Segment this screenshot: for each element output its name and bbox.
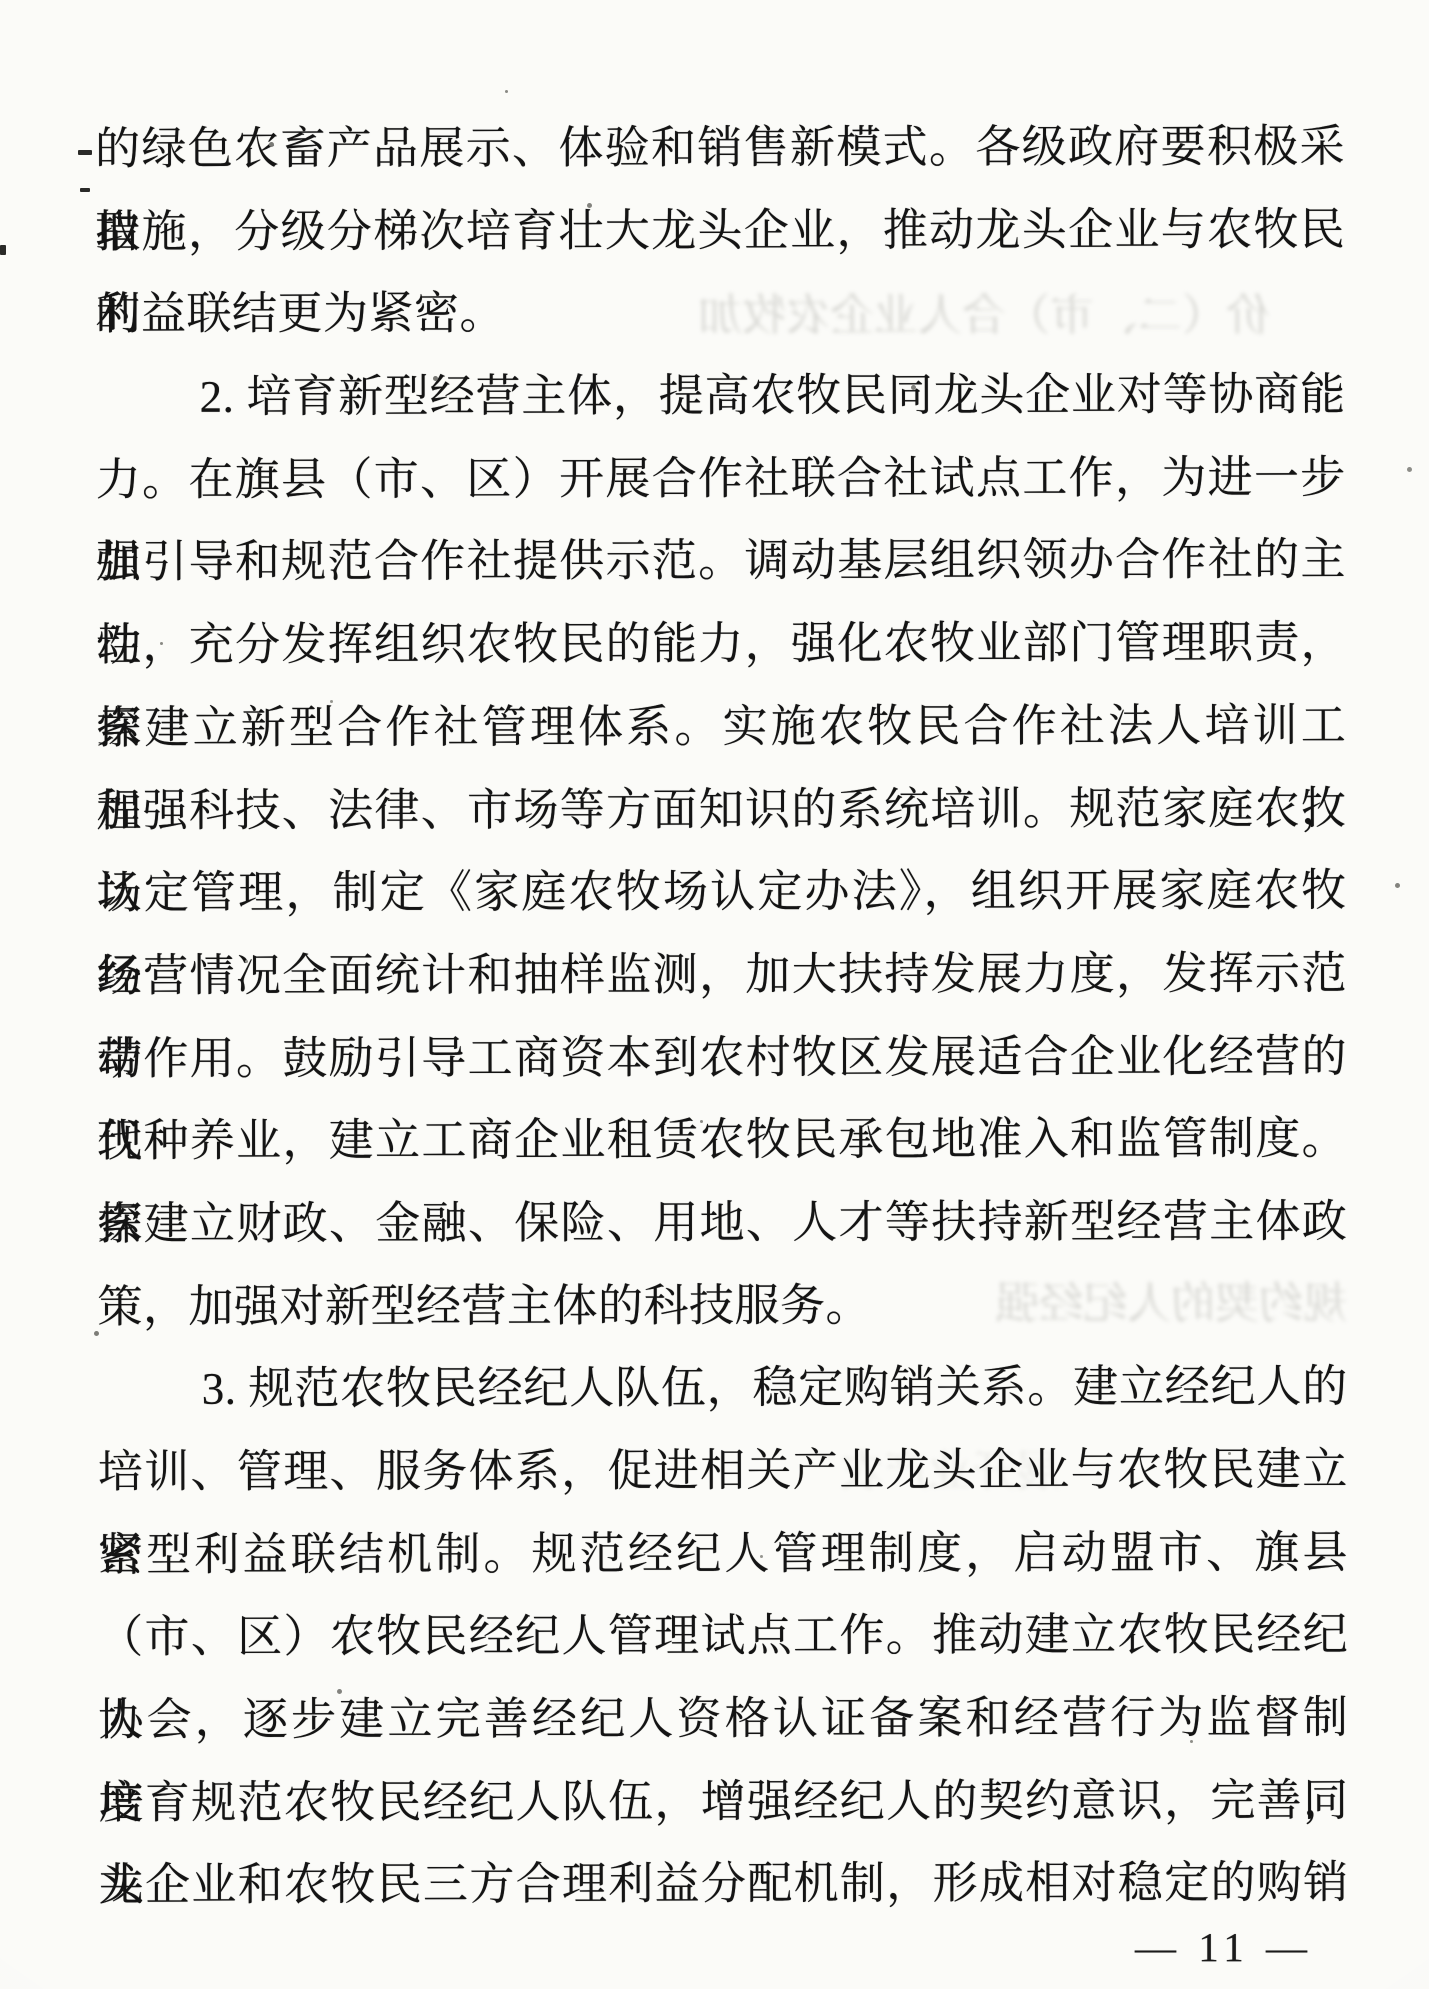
text-line-paragraph-3-start: 3. 规范农牧民经纪人队伍，稳定购销关系。建立经纪人的 — [98, 1346, 1348, 1431]
text-line: 索建立财政、金融、保险、用地、人才等扶持新型经营主体政 — [97, 1180, 1347, 1265]
text-line: 索建立新型合作社管理体系。实施农牧民合作社法人培训工程， — [96, 684, 1346, 769]
text-line: 措施，分级分梯次培育壮大龙头企业，推动龙头企业与农牧民的 — [95, 188, 1345, 273]
scan-noise — [0, 0, 3, 3]
text-line: 协会，逐步建立完善经纪人资格认证备案和经营行为监督制度， — [98, 1676, 1348, 1761]
text-line: 培训、管理、服务体系，促进相关产业龙头企业与农牧民建立紧 — [98, 1428, 1348, 1513]
text-line: 力。在旗县（市、区）开展合作社联合社试点工作，为进一步加 — [96, 436, 1346, 521]
page-number: — 11 — — [1135, 1922, 1313, 1972]
text-line: 经营情况全面统计和抽样监测，加大扶持发展力度，发挥示范带 — [97, 932, 1347, 1017]
text-line: 代种养业，建立工商企业租赁农牧民承包地准入和监管制度。探 — [97, 1098, 1347, 1183]
text-line: （市、区）农牧民经纪人管理试点工作。推动建立农牧民经纪人 — [98, 1594, 1348, 1679]
document-page: 价（二、市）合人业企农牧加 规约契的人纪经强 展开业产农 的绿色农畜产品展示、体… — [0, 0, 1429, 1989]
text-line: 策，加强对新型经营主体的科技服务。 — [97, 1263, 1347, 1348]
scan-edge-mark — [0, 245, 6, 255]
text-line: 动作用。鼓励引导工商资本到农村牧区发展适合企业化经营的现 — [97, 1015, 1347, 1100]
text-line: 加强科技、法律、市场等方面知识的系统培训。规范家庭农牧场 — [96, 767, 1346, 852]
text-line: 强引导和规范合作社提供示范。调动基层组织领办合作社的主动 — [96, 519, 1346, 604]
text-line: 的绿色农畜产品展示、体验和销售新模式。各级政府要积极采取 — [95, 105, 1345, 190]
scan-edge-mark — [78, 150, 92, 155]
text-line-paragraph-2-start: 2. 培育新型经营主体，提高农牧民同龙头企业对等协商能 — [96, 353, 1346, 438]
text-line: 利益联结更为紧密。 — [95, 271, 1345, 356]
text-line: 头企业和农牧民三方合理利益分配机制，形成相对稳定的购销 — [99, 1842, 1349, 1927]
text-line: 培育规范农牧民经纪人队伍，增强经纪人的契约意识，完善同龙 — [98, 1759, 1348, 1844]
text-line: 密型利益联结机制。规范经纪人管理制度，启动盟市、旗县 — [98, 1511, 1348, 1596]
text-block: 的绿色农畜产品展示、体验和销售新模式。各级政府要积极采取 措施，分级分梯次培育壮… — [95, 105, 1349, 1927]
scan-edge-mark — [80, 188, 90, 192]
text-line: 性，充分发挥组织农牧民的能力，强化农牧业部门管理职责，探 — [96, 602, 1346, 687]
text-line: 认定管理，制定《家庭农牧场认定办法》，组织开展家庭农牧场 — [97, 850, 1347, 935]
